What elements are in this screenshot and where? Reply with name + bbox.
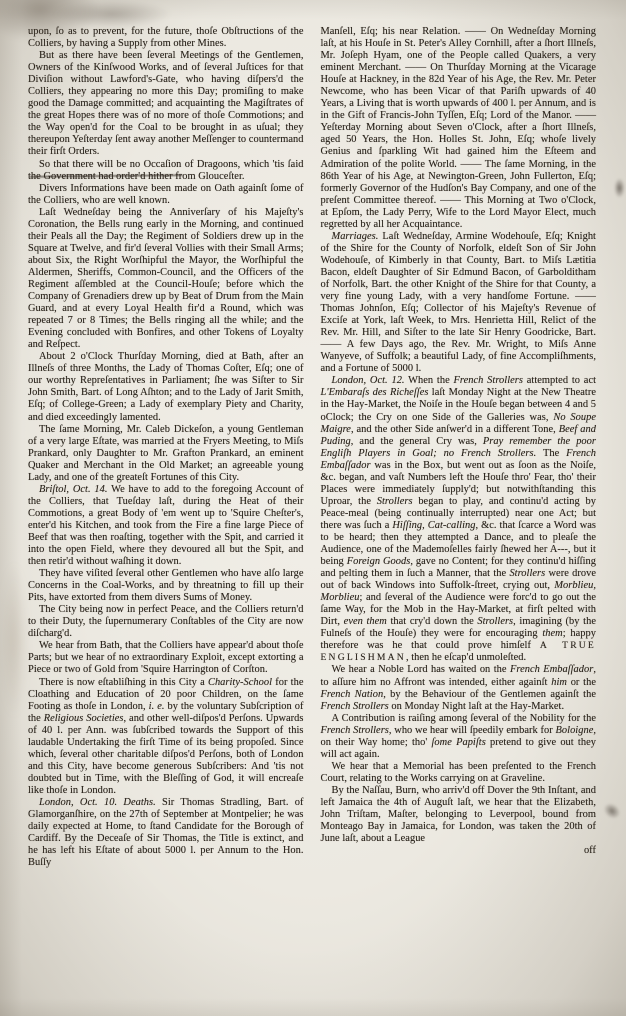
paragraph: Laſt Wedneſday being the Anniverſary of … (28, 207, 304, 352)
text-run: Strollers (377, 496, 413, 507)
text-run: The ſame Morning, Mr. Caleb Dickeſon, a … (28, 424, 304, 483)
ink-mark-right-edge (614, 178, 625, 198)
text-run: , then he eſcap'd unmoleſted. (406, 652, 526, 663)
text-run: L'Embaraſs des Richeſſes (321, 387, 429, 398)
text-run: , and the general Cry was, (351, 436, 483, 447)
text-run: that cry'd down the (387, 616, 478, 627)
column-right: Manſell, Eſq; his near Relation. —— On W… (321, 26, 597, 869)
paragraph: But as there have been ſeveral Meetings … (28, 50, 304, 158)
text-run: By the Naſſau, Burn, who arriv'd off Dov… (321, 785, 597, 844)
text-run: When the (405, 375, 454, 386)
text-run: , by the Behaviour of the Gentlemen agai… (383, 689, 596, 700)
text-run: French Strollers (321, 701, 389, 712)
paragraph: upon, ſo as to prevent, for the future, … (28, 26, 304, 50)
text-run: London, Oct. 10. Deaths. (39, 797, 156, 808)
paragraph: The City being now in perfect Peace, and… (28, 604, 304, 640)
ink-mark-right-lower (601, 800, 624, 822)
ink-smudge-top (52, 0, 172, 28)
text-run: French Strollers (454, 375, 523, 386)
paragraph: There is now eſtabliſhing in this City a… (28, 677, 304, 797)
paragraph: We hear from Bath, that the Colliers hav… (28, 640, 304, 676)
text-run: We hear from Bath, that the Colliers hav… (28, 640, 304, 675)
text-run: ſome Papiſts (432, 737, 486, 748)
paragraph: Briſtol, Oct. 14. We have to add to the … (28, 484, 304, 568)
text-run: Foreign Goods (347, 556, 411, 567)
text-run: even them (344, 616, 387, 627)
text-run: Charity-School (208, 677, 272, 688)
text-run: French Embaſſador (510, 664, 593, 675)
paragraph: They have viſited ſeveral other Gentleme… (28, 568, 304, 604)
text-run: Boloigne (556, 725, 594, 736)
text-run: i. e. (149, 701, 165, 712)
text-run: They have viſited ſeveral other Gentleme… (28, 568, 304, 603)
text-run: We hear that a Memorial has been preſent… (321, 761, 597, 784)
text-run: Briſtol, Oct. 14. (39, 484, 108, 495)
text-run: , and the other Side anſwer'd in a diffe… (351, 424, 559, 435)
paragraph: We hear a Noble Lord has waited on the F… (321, 664, 597, 712)
text-run: The (536, 448, 566, 459)
text-run: There is now eſtabliſhing in this City a (39, 677, 208, 688)
text-run: them (542, 628, 562, 639)
text-area: upon, ſo as to prevent, for the future, … (28, 26, 596, 869)
hanging-word: off (321, 845, 597, 857)
paragraph: About 2 o'Clock Thurſday Morning, died a… (28, 351, 304, 423)
text-run: Strollers (509, 568, 545, 579)
text-run: A Contribution is raiſing among ſeveral … (332, 713, 597, 724)
text-run: So that there will be no Occaſion of Dra… (28, 159, 304, 182)
text-run: Hiſſing, Cat-calling (392, 520, 475, 531)
text-run: Marriages. (332, 231, 379, 242)
text-run: We hear a Noble Lord has waited on the (332, 664, 511, 675)
newspaper-page: upon, ſo as to prevent, for the future, … (0, 0, 626, 1016)
text-run: Strollers (477, 616, 513, 627)
text-run: London, Oct. 12. (332, 375, 405, 386)
paragraph: The ſame Morning, Mr. Caleb Dickeſon, a … (28, 424, 304, 484)
text-run: Divers Informations have been made on Oa… (28, 183, 304, 206)
text-run: French Strollers (321, 725, 389, 736)
paragraph: London, Oct. 12. When the French Strolle… (321, 375, 597, 664)
column-left: upon, ſo as to prevent, for the future, … (28, 26, 304, 869)
text-run: The City being now in perfect Peace, and… (28, 604, 304, 639)
paragraph: Manſell, Eſq; his near Relation. —— On W… (321, 26, 597, 231)
text-run: him (551, 677, 567, 688)
text-run: But as there have been ſeveral Meetings … (28, 50, 304, 157)
text-run: Religious Societies (44, 713, 124, 724)
paragraph: A Contribution is raiſing among ſeveral … (321, 713, 597, 761)
paragraph: We hear that a Memorial has been preſent… (321, 761, 597, 785)
paragraph: Marriages. Laſt Wedneſday, Armine Wodeho… (321, 231, 597, 376)
text-run: upon, ſo as to prevent, for the future, … (28, 26, 304, 49)
text-run: or the (567, 677, 596, 688)
text-run: Laſt Wedneſday, Armine Wodehouſe, Eſq; K… (321, 231, 597, 375)
text-run: French Nation (321, 689, 384, 700)
paragraph: Divers Informations have been made on Oa… (28, 183, 304, 207)
text-run: on Monday Night laſt at the Hay-Market. (389, 701, 564, 712)
paragraph: London, Oct. 10. Deaths. Sir Thomas Stra… (28, 797, 304, 869)
text-run: Laſt Wedneſday being the Anniverſary of … (28, 207, 304, 351)
text-run: We have to add to the foregoing Account … (28, 484, 304, 567)
foxing-stain (0, 560, 28, 720)
text-run: Manſell, Eſq; his near Relation. —— On W… (321, 26, 597, 230)
text-run: , who we hear will ſpeedily embark for (389, 725, 556, 736)
paragraph: So that there will be no Occaſion of Dra… (28, 159, 304, 183)
text-run: About 2 o'Clock Thurſday Morning, died a… (28, 351, 304, 422)
paragraph: By the Naſſau, Burn, who arriv'd off Dov… (321, 785, 597, 857)
text-run: attempted to act (523, 375, 596, 386)
text-run: , and other well-diſpos'd Perſons. Upwar… (28, 713, 304, 796)
